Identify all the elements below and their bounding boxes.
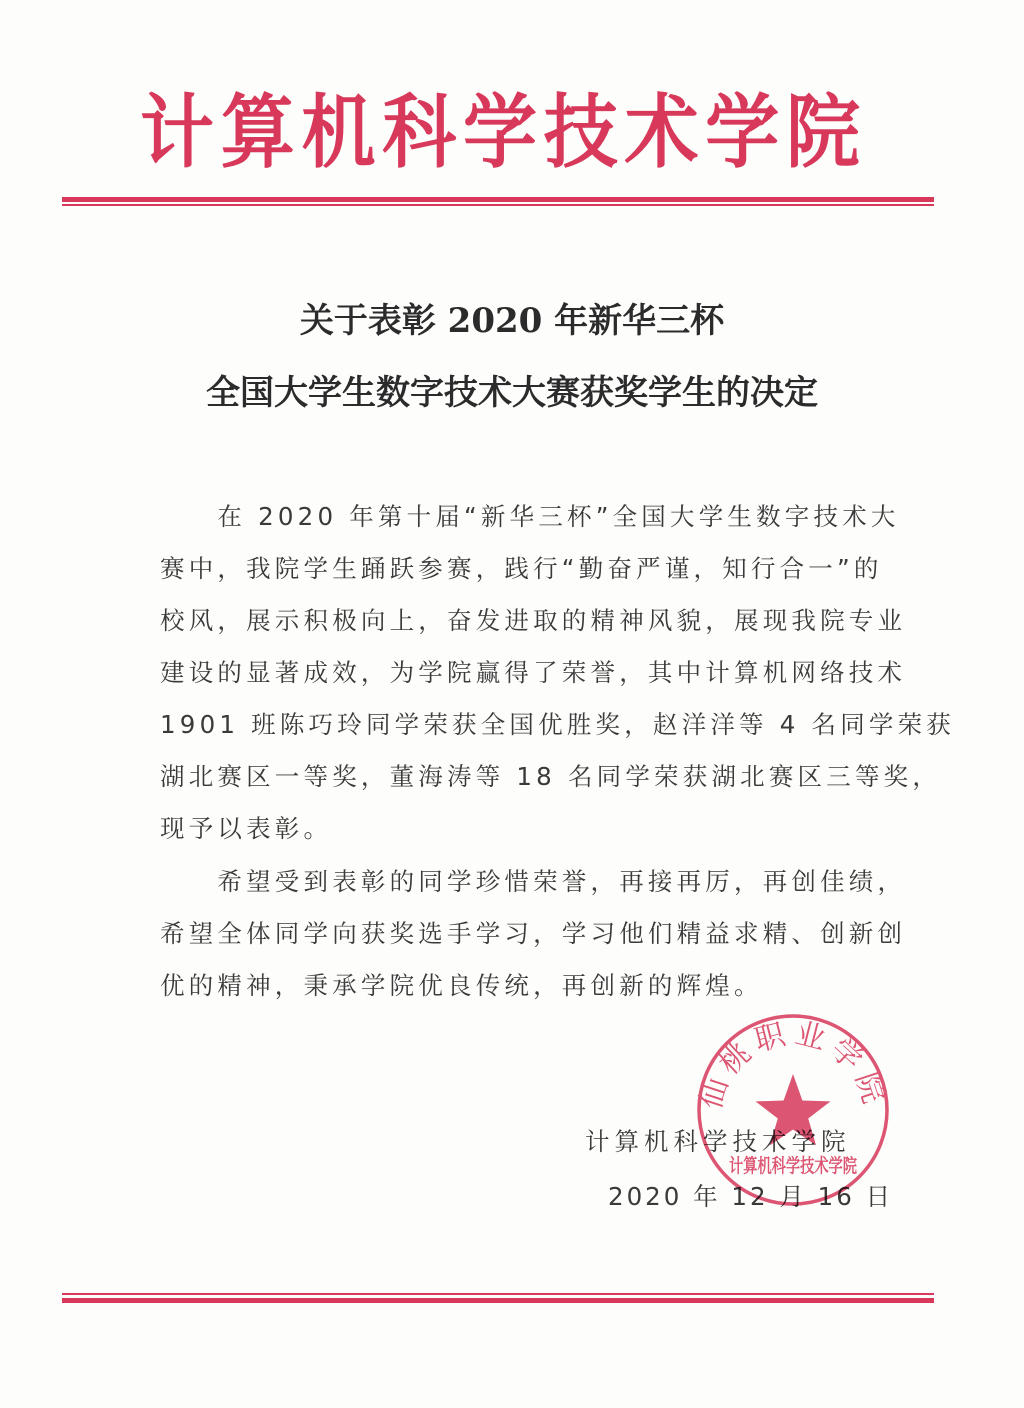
letterhead-char: 学: [463, 93, 537, 173]
document-title-line1: 关于表彰 2020 年新华三杯: [0, 304, 1024, 338]
body-line: 建设的显著成效，为学院赢得了荣誉，其中计算机网络技术: [160, 647, 854, 699]
body-paragraph-2: 希望受到表彰的同学珍惜荣誉，再接再厉，再创佳绩， 希望全体同学向获奖选手学习，学…: [160, 856, 854, 1012]
letterhead-char: 机: [302, 93, 376, 173]
document-page: 计 算 机 科 学 技 术 学 院 关于表彰 2020 年新华三杯 全国大学生数…: [0, 0, 1024, 1408]
body-line: 赛中，我院学生踊跃参赛，践行“勤奋严谨，知行合一”的: [160, 543, 854, 595]
star-icon: [756, 1074, 831, 1145]
letterhead-char: 学: [705, 93, 779, 173]
body-line: 湖北赛区一等奖，董海涛等 18 名同学荣获湖北赛区三等奖，: [160, 751, 854, 803]
body-line: 1901 班陈巧玲同学荣获全国优胜奖，赵洋洋等 4 名同学荣获: [160, 699, 854, 751]
letterhead-title: 计 算 机 科 学 技 术 学 院: [140, 88, 860, 178]
letterhead-rule-thick: [62, 197, 934, 202]
body-line: 现予以表彰。: [160, 803, 854, 855]
body-line: 优的精神，秉承学院优良传统，再创新的辉煌。: [160, 960, 854, 1012]
body-line: 校风，展示积极向上，奋发进取的精神风貌，展现我院专业: [160, 595, 854, 647]
letterhead-char: 科: [382, 93, 456, 173]
official-seal: 仙桃职业学院 计算机科学技术学院: [695, 1012, 891, 1208]
letterhead-char: 技: [544, 93, 618, 173]
letterhead-char: 算: [221, 93, 295, 173]
letterhead-char: 院: [786, 93, 860, 173]
letterhead-char: 计: [140, 93, 214, 173]
document-title-line2: 全国大学生数字技术大赛获奖学生的决定: [0, 376, 1024, 410]
body-line: 希望受到表彰的同学珍惜荣誉，再接再厉，再创佳绩，: [160, 856, 854, 908]
body-line: 在 2020 年第十届“新华三杯”全国大学生数字技术大: [160, 491, 854, 543]
footer-rule-thin: [62, 1293, 934, 1295]
letterhead-char: 术: [625, 93, 699, 173]
body-paragraph-1: 在 2020 年第十届“新华三杯”全国大学生数字技术大 赛中，我院学生踊跃参赛，…: [160, 491, 854, 855]
letterhead-rule-thin: [62, 204, 934, 206]
footer-rule-thick: [62, 1298, 934, 1303]
body-line: 希望全体同学向获奖选手学习，学习他们精益求精、创新创: [160, 908, 854, 960]
seal-bottom-text: 计算机科学技术学院: [729, 1154, 857, 1177]
